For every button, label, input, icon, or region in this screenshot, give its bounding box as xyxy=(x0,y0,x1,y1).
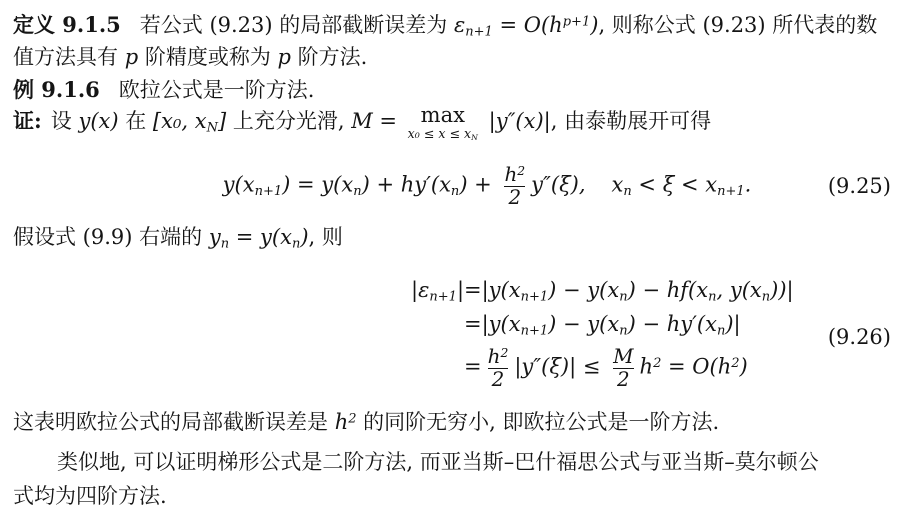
math-token: x xyxy=(612,173,624,197)
math-sub: n+1 xyxy=(465,25,493,40)
math-token: h xyxy=(335,410,349,434)
math-token: ) − hy′(x xyxy=(628,312,717,336)
math-token: ε xyxy=(454,13,465,37)
definition-text-c: 值方法具有 xyxy=(13,45,125,69)
math-token-p: p xyxy=(278,45,291,69)
textbook-page: 定义 9.1.5若公式 (9.23) 的局部截断误差为 εn+1 = O(hp+… xyxy=(0,0,904,512)
definition-text-e: 阶方法. xyxy=(291,45,367,69)
proof-label: 证: xyxy=(13,108,42,133)
math-token: ))| xyxy=(770,278,793,302)
closing-text-a: 这表明欧拉公式的局部截断误差是 xyxy=(13,410,335,434)
math-token: = y(x xyxy=(229,225,292,249)
definition-text-d: 阶精度或称为 xyxy=(138,45,277,69)
math-token: h xyxy=(488,344,501,368)
math-sub: n xyxy=(623,184,631,199)
definition-text-a: 若公式 (9.23) 的局部截断误差为 xyxy=(140,13,454,37)
math-token: h xyxy=(504,162,517,186)
math-token: = xyxy=(464,355,482,379)
math-token: ) − y(x xyxy=(548,278,619,302)
math-sub: n+1 xyxy=(255,184,283,199)
proof-text-d: , 由泰勒展开可得 xyxy=(551,109,711,133)
math-token: h xyxy=(640,355,654,379)
closing-line: 这表明欧拉公式的局部截断误差是 h2 的同阶无穷小, 即欧拉公式是一阶方法. xyxy=(13,406,891,439)
math-interval: [x₀, xN] xyxy=(153,109,226,133)
math-token: . xyxy=(745,173,752,197)
math-token: ) + xyxy=(459,173,498,197)
math-sup: 2 xyxy=(517,164,525,178)
inline-math-epsilon-order: εn+1 = O(hp+1) xyxy=(454,13,598,37)
math-h-squared: h2 xyxy=(335,410,357,434)
math-sub: n xyxy=(619,290,627,305)
assumption-line: 假设式 (9.9) 右端的 yn = y(xn), 则 xyxy=(13,221,891,254)
equation-number-925: (9.25) xyxy=(828,174,891,198)
equation-number-926: (9.26) xyxy=(828,325,891,349)
fraction-numerator: h2 xyxy=(501,164,528,186)
math-sub: n xyxy=(762,290,770,305)
math-token: | xyxy=(457,278,464,302)
closing-text-b: 的同阶无穷小, 即欧拉公式是一阶方法. xyxy=(357,410,720,434)
proof-line: 证:设 y(x) 在 [x₀, xN] 上充分光滑, M = maxx₀ ≤ x… xyxy=(13,104,891,141)
math-token: ] xyxy=(218,109,226,133)
fraction-denominator: 2 xyxy=(488,368,509,391)
equation-926-row-2: =|y(xn+1) − y(xn) − hy′(xn)| xyxy=(464,312,794,336)
equation-926: |εn+1| =|y(xn+1) − y(xn) − hf(xn, y(xn))… xyxy=(13,278,891,396)
math-sub: n xyxy=(353,184,361,199)
math-sub: n xyxy=(619,324,627,339)
max-operator-name: max xyxy=(421,104,465,126)
math-token: = O(h xyxy=(493,13,563,37)
math-sub: n+1 xyxy=(521,324,549,339)
math-sub: N xyxy=(207,121,218,136)
fraction-h2-over-2: h22 xyxy=(501,164,528,208)
math-sub: n xyxy=(221,237,229,252)
math-token: y xyxy=(209,225,221,249)
math-token-M: M = xyxy=(351,109,403,133)
math-token: [x₀, x xyxy=(153,109,207,133)
math-sub: n+1 xyxy=(521,290,549,305)
math-sub: n+1 xyxy=(429,290,457,305)
equation-926-row-1: =|y(xn+1) − y(xn) − hf(xn, y(xn))| xyxy=(464,278,794,302)
fraction-h2-over-2: h22 xyxy=(485,346,512,390)
math-token: =|y(x xyxy=(464,312,521,336)
math-token: =|y(x xyxy=(464,278,521,302)
definition-label: 定义 9.1.5 xyxy=(13,12,121,37)
math-sub: n+1 xyxy=(717,184,745,199)
equation-926-grid: |εn+1| =|y(xn+1) − y(xn) − hf(xn, y(xn))… xyxy=(13,278,891,390)
equation-925: y(xn+1) = y(xn) + hy′(xn) + h22y″(ξ),xn … xyxy=(13,153,891,219)
equation-926-row-3: =h22|y″(ξ)| ≤ M2h2 = O(h2) xyxy=(464,346,794,390)
math-token-y2x: |y″(x)| xyxy=(482,109,551,133)
math-sup: 2 xyxy=(500,346,508,360)
math-token: |y″(ξ)| ≤ xyxy=(514,355,607,379)
math-token: = O(h xyxy=(661,355,731,379)
max-operator-limits: x₀ ≤ x ≤ xN xyxy=(408,126,478,141)
math-token: ) + hy′(x xyxy=(362,173,451,197)
fraction-denominator: 2 xyxy=(504,186,525,209)
equation-926-lhs: |εn+1| xyxy=(411,278,464,302)
math-token: ) xyxy=(300,225,308,249)
math-token: ) = y(x xyxy=(282,173,353,197)
example-label: 例 9.1.6 xyxy=(13,77,100,102)
math-token: y(x xyxy=(223,173,255,197)
math-token: < ξ < x xyxy=(632,173,717,197)
example-line: 例 9.1.6欧拉公式是一阶方法. xyxy=(13,73,891,107)
example-text: 欧拉公式是一阶方法. xyxy=(119,78,315,102)
assumption-text-b: , 则 xyxy=(309,225,343,249)
equation-925-body: y(xn+1) = y(xn) + hy′(xn) + h22y″(ξ),xn … xyxy=(223,164,752,208)
final-paragraph-line-1: 类似地, 可以证明梯形公式是二阶方法, 而亚当斯–巴什福思公式与亚当斯–莫尔顿公 xyxy=(13,446,891,479)
proof-text-a: 设 xyxy=(51,109,79,133)
final-paragraph-line-2: 式均为四阶方法. xyxy=(13,480,891,512)
max-operator: maxx₀ ≤ x ≤ xN xyxy=(408,104,478,141)
math-token-p: p xyxy=(125,45,138,69)
math-token: |ε xyxy=(411,278,429,302)
math-sup: 2 xyxy=(731,356,739,371)
math-token: ) − hf(x xyxy=(628,278,708,302)
math-yn-equals: yn = y(xn) xyxy=(209,225,309,249)
math-token-yx: y(x) xyxy=(78,109,118,133)
math-token: y″(ξ), xyxy=(531,173,585,197)
math-token: ) xyxy=(740,355,748,379)
proof-text-b: 在 xyxy=(119,109,153,133)
math-sub: N xyxy=(471,133,478,142)
math-token: , y(x xyxy=(716,278,761,302)
math-sup: p+1 xyxy=(563,15,591,30)
fraction-denominator: 2 xyxy=(613,368,634,391)
proof-text-c: 上充分光滑, xyxy=(226,109,351,133)
fraction-M-over-2: M2 xyxy=(610,346,636,390)
fraction-numerator: h2 xyxy=(485,346,512,368)
definition-line-2: 值方法具有 p 阶精度或称为 p 阶方法. xyxy=(13,41,891,74)
math-token: ) − y(x xyxy=(548,312,619,336)
definition-line-1: 定义 9.1.5若公式 (9.23) 的局部截断误差为 εn+1 = O(hp+… xyxy=(13,8,891,42)
math-sup: 2 xyxy=(348,412,356,427)
fraction-numerator: M xyxy=(610,346,636,368)
definition-text-b: , 则称公式 (9.23) 所代表的数 xyxy=(598,13,877,37)
math-token: )| xyxy=(725,312,740,336)
math-token: x₀ ≤ x ≤ x xyxy=(408,126,471,141)
assumption-text-a: 假设式 (9.9) 右端的 xyxy=(13,225,209,249)
